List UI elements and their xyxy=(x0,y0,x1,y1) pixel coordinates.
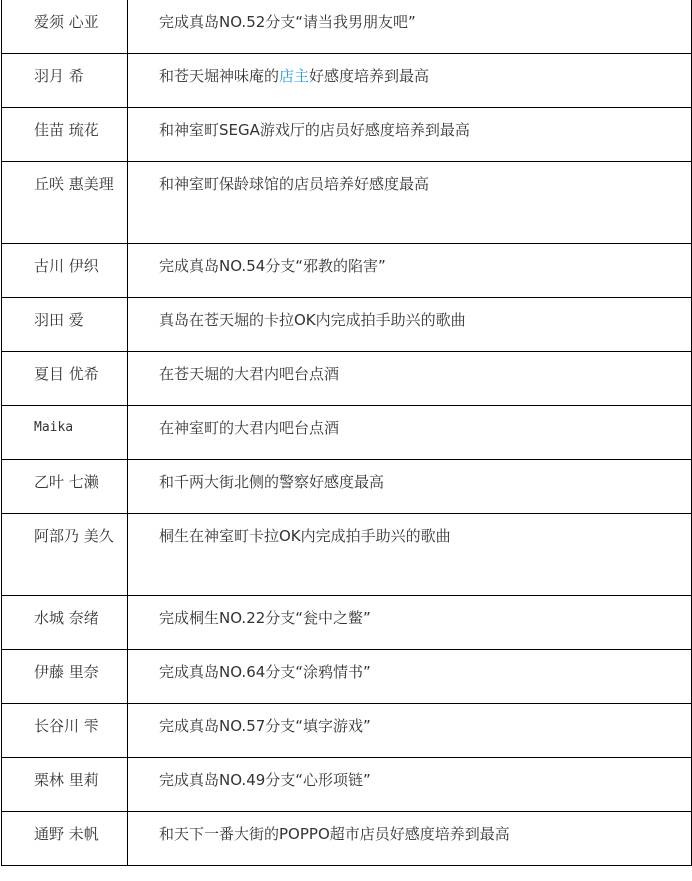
table-row: 羽月 希 和苍天堀神味庵的店主好感度培养到最高 xyxy=(2,54,692,108)
table-row: 佳苗 琉花 和神室町SEGA游戏厅的店员好感度培养到最高 xyxy=(2,108,692,162)
character-name: 栗林 里莉 xyxy=(2,758,118,795)
character-name: 阿部乃 美久 xyxy=(2,514,118,551)
unlock-condition: 完成真岛NO.64分支“涂鸦情书” xyxy=(128,650,691,687)
character-name: 水城 奈绪 xyxy=(2,596,118,633)
condition-text-pre: 和苍天堀神味庵的 xyxy=(159,67,279,85)
condition-cell: 完成真岛NO.57分支“填字游戏” xyxy=(128,704,692,758)
shop-owner-link[interactable]: 店主 xyxy=(279,67,309,85)
unlock-condition: 在神室町的大君内吧台点酒 xyxy=(128,406,691,443)
unlock-condition: 真岛在苍天堀的卡拉OK内完成拍手助兴的歌曲 xyxy=(128,298,691,335)
unlock-condition: 和苍天堀神味庵的店主好感度培养到最高 xyxy=(128,54,691,91)
name-cell: 水城 奈绪 xyxy=(2,596,128,650)
condition-cell: 桐生在神室町卡拉OK内完成拍手助兴的歌曲 xyxy=(128,514,692,596)
unlock-condition: 和神室町SEGA游戏厅的店员好感度培养到最高 xyxy=(128,108,691,145)
unlock-condition: 和神室町保龄球馆的店员培养好感度最高 xyxy=(128,162,691,199)
unlock-condition: 在苍天堀的大君内吧台点酒 xyxy=(128,352,691,389)
character-name: 古川 伊织 xyxy=(2,244,118,281)
table-row: 通野 未帆 和天下一番大街的POPPO超市店员好感度培养到最高 xyxy=(2,812,692,866)
unlock-condition: 完成真岛NO.52分支“请当我男朋友吧” xyxy=(128,0,691,37)
table-row: 伊藤 里奈 完成真岛NO.64分支“涂鸦情书” xyxy=(2,650,692,704)
condition-cell: 完成真岛NO.49分支“心形项链” xyxy=(128,758,692,812)
character-name: 通野 未帆 xyxy=(2,812,118,849)
unlock-condition: 完成真岛NO.57分支“填字游戏” xyxy=(128,704,691,741)
character-name: 夏目 优希 xyxy=(2,352,118,389)
table-row: 阿部乃 美久 桐生在神室町卡拉OK内完成拍手助兴的歌曲 xyxy=(2,514,692,596)
name-cell: 爱须 心亚 xyxy=(2,0,128,54)
character-name: 丘咲 惠美理 xyxy=(2,162,118,199)
table-row: 古川 伊织 完成真岛NO.54分支“邪教的陷害” xyxy=(2,244,692,298)
name-cell: 阿部乃 美久 xyxy=(2,514,128,596)
condition-cell: 在神室町的大君内吧台点酒 xyxy=(128,406,692,460)
table-row: 乙叶 七濑 和千两大街北侧的警察好感度最高 xyxy=(2,460,692,514)
unlock-condition: 桐生在神室町卡拉OK内完成拍手助兴的歌曲 xyxy=(128,514,691,551)
table-row: 爱须 心亚 完成真岛NO.52分支“请当我男朋友吧” xyxy=(2,0,692,54)
condition-cell: 在苍天堀的大君内吧台点酒 xyxy=(128,352,692,406)
condition-cell: 和天下一番大街的POPPO超市店员好感度培养到最高 xyxy=(128,812,692,866)
unlock-condition: 完成真岛NO.49分支“心形项链” xyxy=(128,758,691,795)
unlock-conditions-table-container: 爱须 心亚 完成真岛NO.52分支“请当我男朋友吧” 羽月 希 和苍天堀神味庵的… xyxy=(1,0,691,866)
character-name: Maika xyxy=(2,406,118,443)
table-row: 丘咲 惠美理 和神室町保龄球馆的店员培养好感度最高 xyxy=(2,162,692,244)
name-cell: 羽田 爱 xyxy=(2,298,128,352)
unlock-condition: 完成桐生NO.22分支“瓮中之鳖” xyxy=(128,596,691,633)
condition-cell: 完成真岛NO.64分支“涂鸦情书” xyxy=(128,650,692,704)
table-row: Maika 在神室町的大君内吧台点酒 xyxy=(2,406,692,460)
unlock-conditions-table: 爱须 心亚 完成真岛NO.52分支“请当我男朋友吧” 羽月 希 和苍天堀神味庵的… xyxy=(1,0,692,866)
condition-cell: 完成真岛NO.54分支“邪教的陷害” xyxy=(128,244,692,298)
name-cell: 丘咲 惠美理 xyxy=(2,162,128,244)
table-row: 夏目 优希 在苍天堀的大君内吧台点酒 xyxy=(2,352,692,406)
name-cell: 栗林 里莉 xyxy=(2,758,128,812)
name-cell: 夏目 优希 xyxy=(2,352,128,406)
condition-cell: 和千两大街北侧的警察好感度最高 xyxy=(128,460,692,514)
character-name: 伊藤 里奈 xyxy=(2,650,118,687)
table-row: 水城 奈绪 完成桐生NO.22分支“瓮中之鳖” xyxy=(2,596,692,650)
condition-cell: 和神室町保龄球馆的店员培养好感度最高 xyxy=(128,162,692,244)
name-cell: 羽月 希 xyxy=(2,54,128,108)
character-name: 羽月 希 xyxy=(2,54,118,91)
condition-cell: 和苍天堀神味庵的店主好感度培养到最高 xyxy=(128,54,692,108)
name-cell: 长谷川 雫 xyxy=(2,704,128,758)
name-cell: 佳苗 琉花 xyxy=(2,108,128,162)
name-cell: Maika xyxy=(2,406,128,460)
condition-cell: 完成桐生NO.22分支“瓮中之鳖” xyxy=(128,596,692,650)
name-cell: 乙叶 七濑 xyxy=(2,460,128,514)
character-name: 乙叶 七濑 xyxy=(2,460,118,497)
name-cell: 伊藤 里奈 xyxy=(2,650,128,704)
unlock-condition: 完成真岛NO.54分支“邪教的陷害” xyxy=(128,244,691,281)
name-cell: 古川 伊织 xyxy=(2,244,128,298)
condition-text-post: 好感度培养到最高 xyxy=(309,67,429,85)
unlock-condition: 和天下一番大街的POPPO超市店员好感度培养到最高 xyxy=(128,812,691,849)
character-name: 羽田 爱 xyxy=(2,298,118,335)
character-name: 长谷川 雫 xyxy=(2,704,118,741)
name-cell: 通野 未帆 xyxy=(2,812,128,866)
condition-cell: 完成真岛NO.52分支“请当我男朋友吧” xyxy=(128,0,692,54)
condition-cell: 和神室町SEGA游戏厅的店员好感度培养到最高 xyxy=(128,108,692,162)
table-row: 羽田 爱 真岛在苍天堀的卡拉OK内完成拍手助兴的歌曲 xyxy=(2,298,692,352)
unlock-condition: 和千两大街北侧的警察好感度最高 xyxy=(128,460,691,497)
character-name: 佳苗 琉花 xyxy=(2,108,118,145)
table-row: 栗林 里莉 完成真岛NO.49分支“心形项链” xyxy=(2,758,692,812)
character-name: 爱须 心亚 xyxy=(2,0,118,37)
table-row: 长谷川 雫 完成真岛NO.57分支“填字游戏” xyxy=(2,704,692,758)
condition-cell: 真岛在苍天堀的卡拉OK内完成拍手助兴的歌曲 xyxy=(128,298,692,352)
